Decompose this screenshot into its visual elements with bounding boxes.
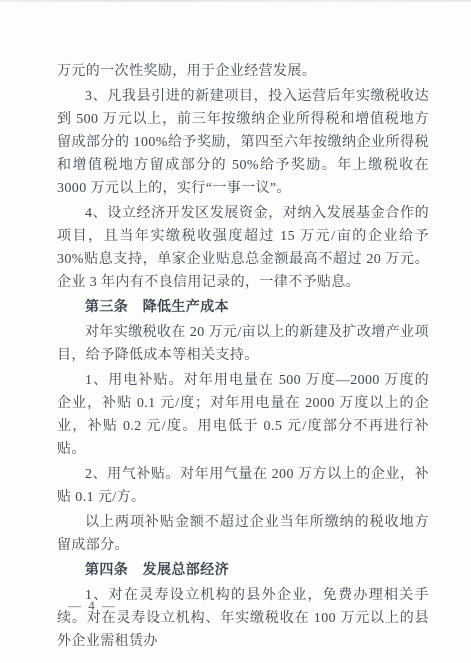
paragraph-item-4: 4、设立经济开发区发展资金，对纳入发展基金合作的项目，且当年实缴税收强度超过 1…: [57, 202, 429, 294]
document-text-block: 万元的一次性奖励，用于企业经营发展。 3、凡我县引进的新建项目，投入运营后年实缴…: [57, 60, 429, 655]
scanned-document-page: { "document": { "text_color": "#3d4752",…: [0, 0, 471, 663]
paragraph-item-3: 3、凡我县引进的新建项目，投入运营后年实缴税收达到 500 万元以上，前三年按缴…: [57, 85, 429, 200]
heading-article-3: 第三条 降低生产成本: [57, 296, 429, 319]
paragraph-electricity-subsidy: 1、用电补贴。对年用电量在 500 万度—2000 万度的企业，补贴 0.1 元…: [57, 369, 429, 461]
paragraph-article3-intro: 对年实缴税收在 20 万元/亩以上的新建及扩改增产业项目，给予降低成本等相关支持…: [57, 321, 429, 367]
paragraph-gas-subsidy: 2、用气补贴。对年用气量在 200 万方以上的企业，补贴 0.1 元/方。: [57, 463, 429, 509]
scan-edge-artifact: [0, 0, 471, 2]
paragraph-subsidy-cap: 以上两项补贴金额不超过企业当年所缴纳的税收地方留成部分。: [57, 511, 429, 557]
paragraph-hq-economy: 1、对在灵寿设立机构的县外企业，免费办理相关手续。对在灵寿设立机构、年实缴税收在…: [57, 584, 429, 653]
heading-article-4: 第四条 发展总部经济: [57, 559, 429, 582]
page-number: — 4 —: [68, 598, 117, 614]
paragraph-continuation: 万元的一次性奖励，用于企业经营发展。: [57, 60, 429, 83]
